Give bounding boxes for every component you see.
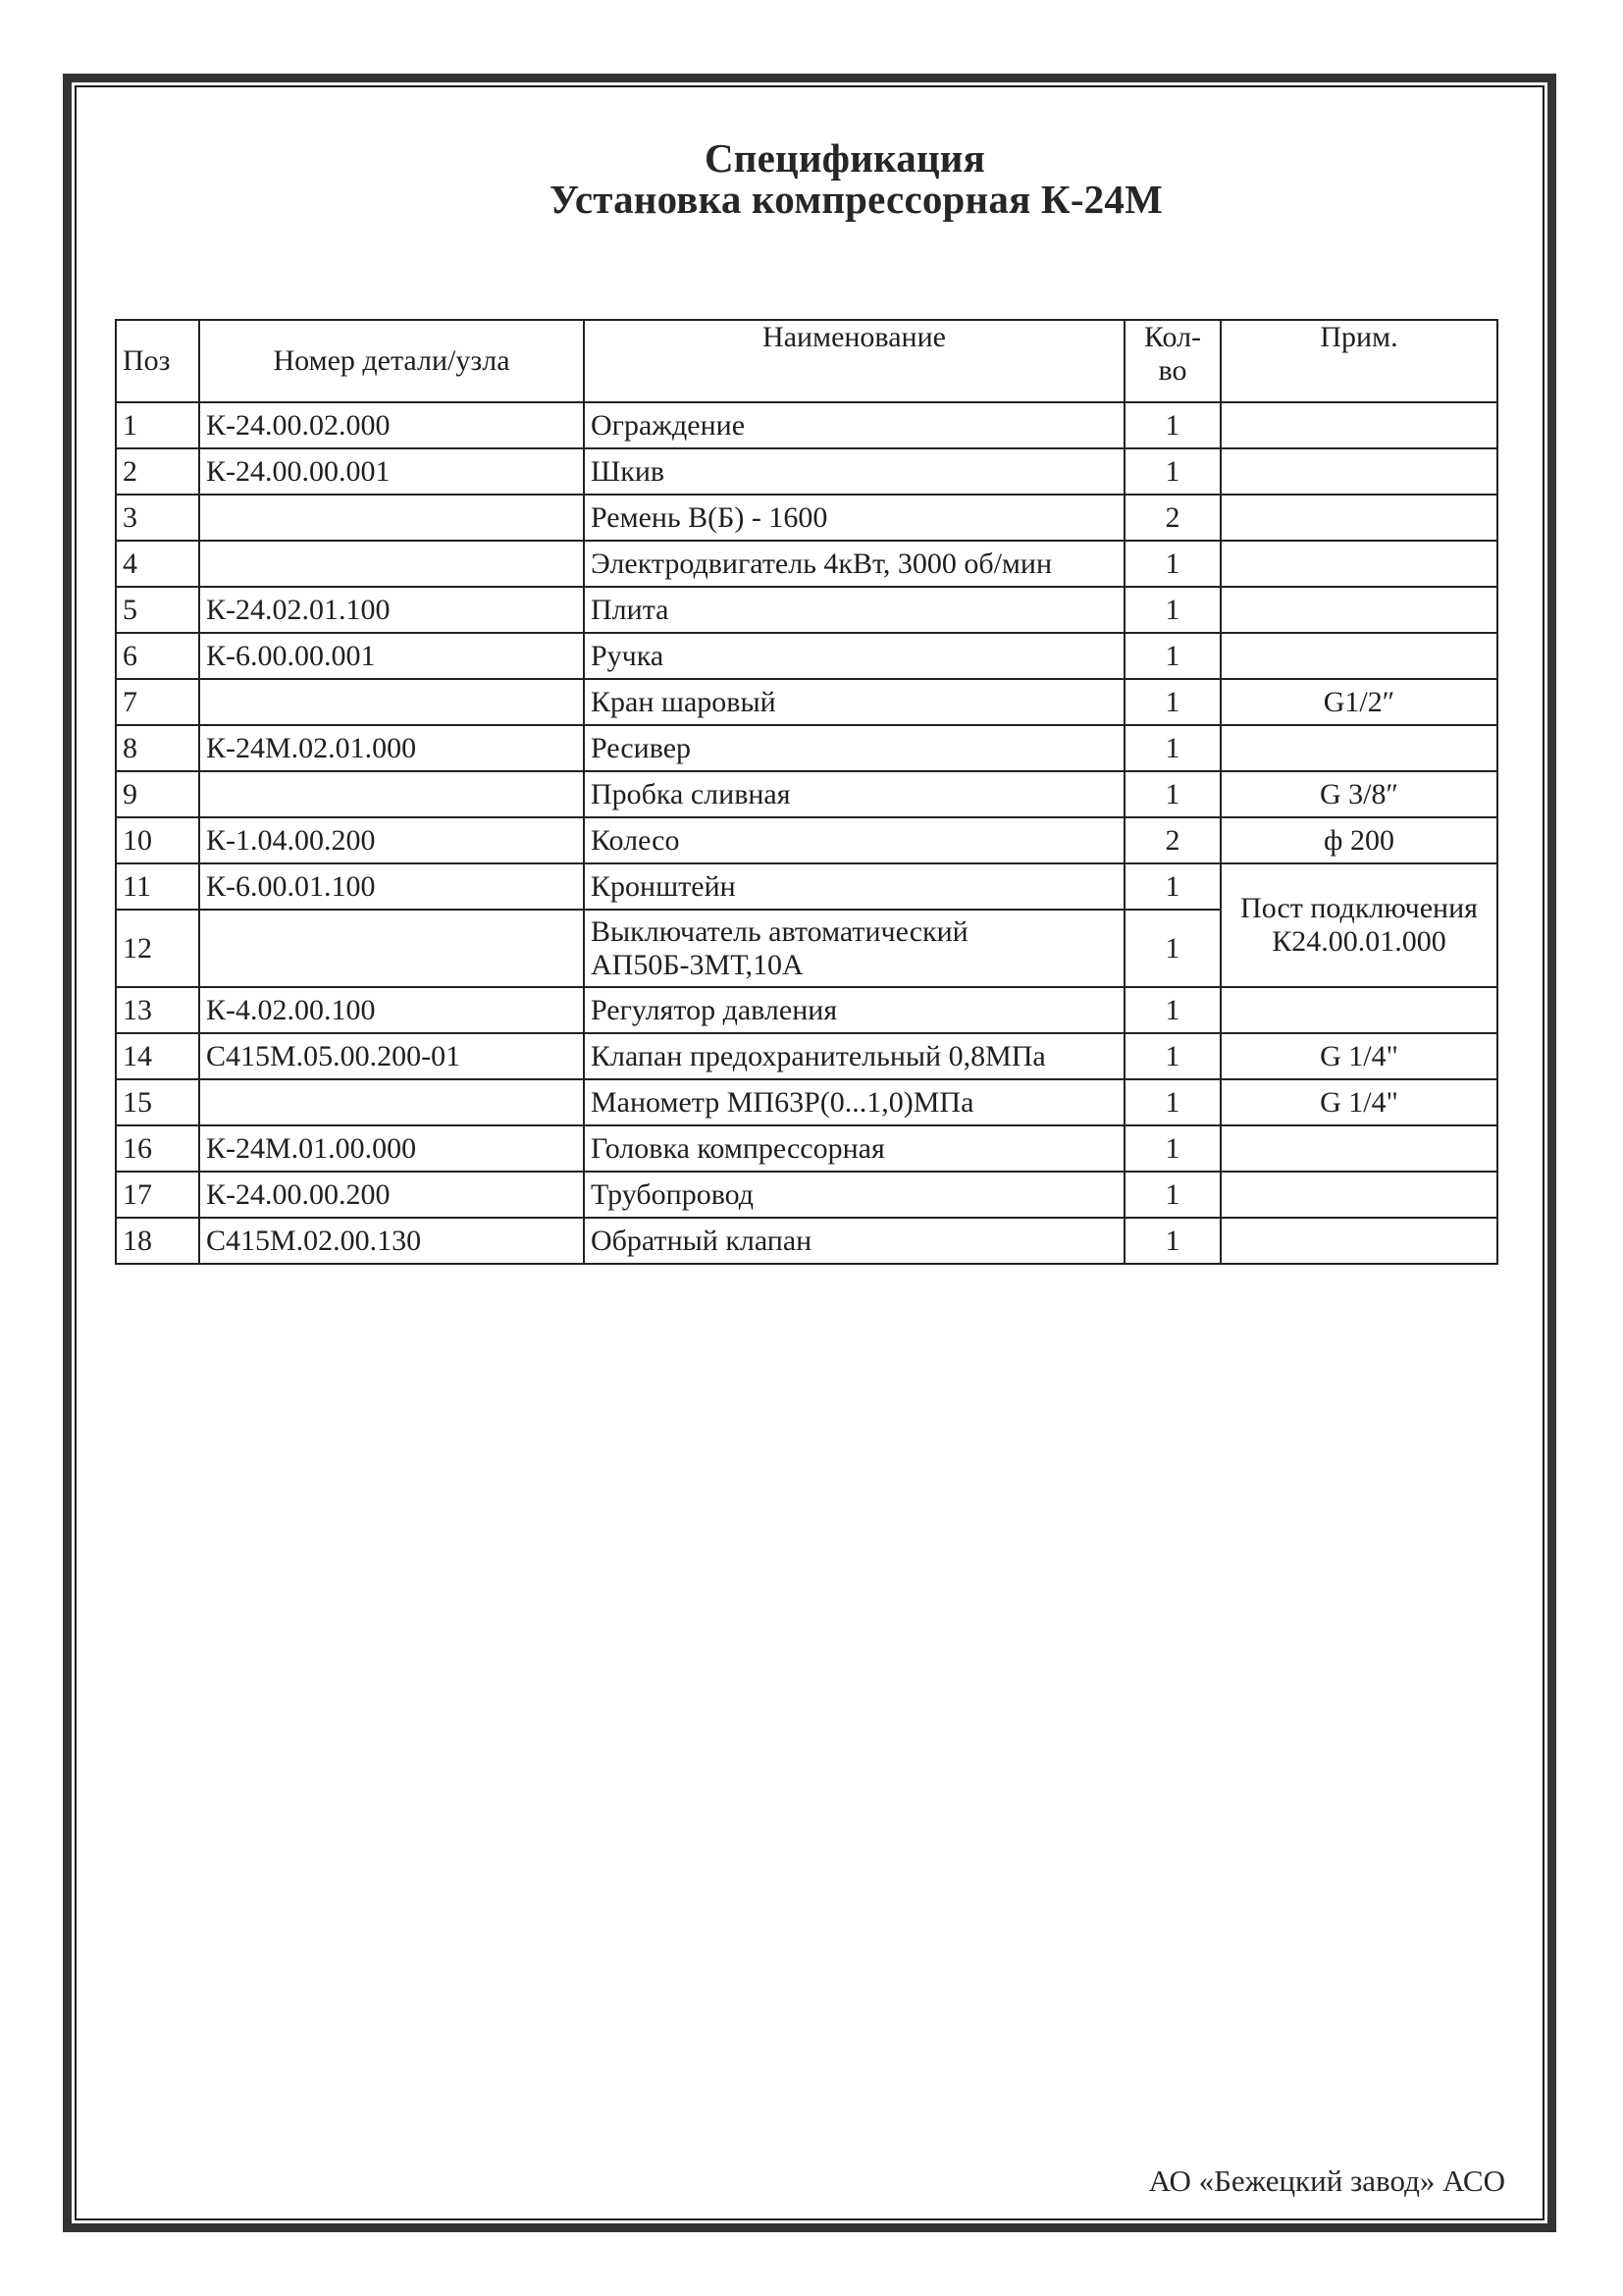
table-row: 3Ремень В(Б) - 16002 bbox=[116, 495, 1497, 541]
cell-note bbox=[1221, 633, 1497, 679]
cell-name: Обратный клапан bbox=[584, 1218, 1125, 1264]
cell-note-merged: Пост подключенияК24.00.01.000 bbox=[1221, 863, 1497, 987]
header-qty-line2: во bbox=[1159, 354, 1187, 387]
cell-name: Ресивер bbox=[584, 725, 1125, 771]
table-row: 16К-24М.01.00.000Головка компрессорная1 bbox=[116, 1125, 1497, 1172]
cell-name: Плита bbox=[584, 587, 1125, 633]
cell-part-number: К-24М.01.00.000 bbox=[199, 1125, 584, 1172]
cell-pos: 16 bbox=[116, 1125, 199, 1172]
cell-qty: 1 bbox=[1125, 1172, 1221, 1218]
cell-pos: 3 bbox=[116, 495, 199, 541]
cell-qty: 1 bbox=[1125, 541, 1221, 587]
cell-qty: 1 bbox=[1125, 863, 1221, 910]
table-row: 5К-24.02.01.100Плита1 bbox=[116, 587, 1497, 633]
table-row: 6К-6.00.00.001Ручка1 bbox=[116, 633, 1497, 679]
cell-note: G 1/4" bbox=[1221, 1033, 1497, 1079]
cell-name: Ограждение bbox=[584, 402, 1125, 448]
cell-note bbox=[1221, 495, 1497, 541]
cell-note: G 3/8″ bbox=[1221, 771, 1497, 817]
table-row: 8К-24М.02.01.000Ресивер1 bbox=[116, 725, 1497, 771]
company-footer: АО «Бежецкий завод» АСО bbox=[1109, 2162, 1505, 2201]
cell-part-number bbox=[199, 679, 584, 725]
table-row: 7Кран шаровый1G1/2″ bbox=[116, 679, 1497, 725]
cell-pos: 5 bbox=[116, 587, 199, 633]
cell-qty: 1 bbox=[1125, 771, 1221, 817]
cell-pos: 15 bbox=[116, 1079, 199, 1125]
cell-name: Манометр МП63Р(0...1,0)МПа bbox=[584, 1079, 1125, 1125]
cell-name: Ремень В(Б) - 1600 bbox=[584, 495, 1125, 541]
cell-name: Кронштейн bbox=[584, 863, 1125, 910]
cell-note bbox=[1221, 448, 1497, 495]
table-row: 11К-6.00.01.100Кронштейн1Пост подключени… bbox=[116, 863, 1497, 910]
cell-part-number bbox=[199, 910, 584, 987]
header-qty: Кол-во bbox=[1125, 320, 1221, 402]
cell-pos: 10 bbox=[116, 817, 199, 863]
cell-note bbox=[1221, 1218, 1497, 1264]
cell-name: Клапан предохранительный 0,8МПа bbox=[584, 1033, 1125, 1079]
cell-qty: 1 bbox=[1125, 679, 1221, 725]
cell-pos: 2 bbox=[116, 448, 199, 495]
header-note: Прим. bbox=[1221, 320, 1497, 402]
cell-pos: 13 bbox=[116, 987, 199, 1033]
cell-note bbox=[1221, 587, 1497, 633]
cell-part-number: К-24.00.00.200 bbox=[199, 1172, 584, 1218]
cell-pos: 1 bbox=[116, 402, 199, 448]
cell-qty: 1 bbox=[1125, 448, 1221, 495]
cell-name: Выключатель автоматический АП50Б-3МТ,10А bbox=[584, 910, 1125, 987]
cell-name: Трубопровод bbox=[584, 1172, 1125, 1218]
cell-note bbox=[1221, 541, 1497, 587]
cell-note: G 1/4" bbox=[1221, 1079, 1497, 1125]
cell-qty: 2 bbox=[1125, 817, 1221, 863]
cell-note bbox=[1221, 402, 1497, 448]
document-title: Спецификация Установка компрессорная К-2… bbox=[550, 137, 1140, 220]
cell-name: Колесо bbox=[584, 817, 1125, 863]
cell-qty: 1 bbox=[1125, 633, 1221, 679]
table-row: 2К-24.00.00.001Шкив1 bbox=[116, 448, 1497, 495]
cell-note bbox=[1221, 725, 1497, 771]
cell-pos: 7 bbox=[116, 679, 199, 725]
cell-pos: 12 bbox=[116, 910, 199, 987]
cell-name: Головка компрессорная bbox=[584, 1125, 1125, 1172]
title-line-spec: Спецификация bbox=[550, 137, 1140, 179]
cell-name: Пробка сливная bbox=[584, 771, 1125, 817]
header-pos: Поз bbox=[116, 320, 199, 402]
cell-pos: 14 bbox=[116, 1033, 199, 1079]
cell-name: Ручка bbox=[584, 633, 1125, 679]
cell-part-number: К-24.02.01.100 bbox=[199, 587, 584, 633]
cell-pos: 8 bbox=[116, 725, 199, 771]
merged-note-line1: Пост подключения bbox=[1240, 892, 1478, 924]
cell-part-number: К-24.00.00.001 bbox=[199, 448, 584, 495]
cell-name: Кран шаровый bbox=[584, 679, 1125, 725]
cell-qty: 1 bbox=[1125, 1033, 1221, 1079]
table-row: 14С415М.05.00.200-01Клапан предохранител… bbox=[116, 1033, 1497, 1079]
cell-pos: 9 bbox=[116, 771, 199, 817]
table-body: 1К-24.00.02.000Ограждение12К-24.00.00.00… bbox=[116, 402, 1497, 1264]
cell-qty: 1 bbox=[1125, 1079, 1221, 1125]
cell-note bbox=[1221, 987, 1497, 1033]
cell-note: G1/2″ bbox=[1221, 679, 1497, 725]
table-row: 17К-24.00.00.200Трубопровод1 bbox=[116, 1172, 1497, 1218]
table-header-row: Поз Номер детали/узла Наименование Кол-в… bbox=[116, 320, 1497, 402]
cell-qty: 1 bbox=[1125, 1218, 1221, 1264]
cell-pos: 4 bbox=[116, 541, 199, 587]
cell-note: ф 200 bbox=[1221, 817, 1497, 863]
cell-pos: 18 bbox=[116, 1218, 199, 1264]
cell-pos: 11 bbox=[116, 863, 199, 910]
cell-part-number: К-6.00.00.001 bbox=[199, 633, 584, 679]
table-row: 13К-4.02.00.100Регулятор давления1 bbox=[116, 987, 1497, 1033]
cell-part-number: К-24.00.02.000 bbox=[199, 402, 584, 448]
header-part-number: Номер детали/узла bbox=[199, 320, 584, 402]
cell-part-number: С415М.02.00.130 bbox=[199, 1218, 584, 1264]
cell-name: Регулятор давления bbox=[584, 987, 1125, 1033]
cell-part-number bbox=[199, 495, 584, 541]
cell-qty: 1 bbox=[1125, 402, 1221, 448]
table-row: 18С415М.02.00.130Обратный клапан1 bbox=[116, 1218, 1497, 1264]
cell-part-number bbox=[199, 541, 584, 587]
header-name: Наименование bbox=[584, 320, 1125, 402]
cell-part-number: К-1.04.00.200 bbox=[199, 817, 584, 863]
cell-name: Электродвигатель 4кВт, 3000 об/мин bbox=[584, 541, 1125, 587]
specification-table: Поз Номер детали/узла Наименование Кол-в… bbox=[115, 319, 1498, 1265]
table-row: 9Пробка сливная1G 3/8″ bbox=[116, 771, 1497, 817]
title-line-product: Установка компрессорная К-24М bbox=[550, 179, 1140, 220]
cell-part-number: С415М.05.00.200-01 bbox=[199, 1033, 584, 1079]
cell-name: Шкив bbox=[584, 448, 1125, 495]
cell-qty: 1 bbox=[1125, 910, 1221, 987]
cell-qty: 1 bbox=[1125, 987, 1221, 1033]
table-row: 4Электродвигатель 4кВт, 3000 об/мин1 bbox=[116, 541, 1497, 587]
cell-note bbox=[1221, 1125, 1497, 1172]
cell-qty: 1 bbox=[1125, 587, 1221, 633]
merged-note-line2: К24.00.01.000 bbox=[1272, 925, 1446, 958]
header-qty-line1: Кол- bbox=[1144, 321, 1201, 353]
table-row: 10К-1.04.00.200Колесо2ф 200 bbox=[116, 817, 1497, 863]
cell-qty: 2 bbox=[1125, 495, 1221, 541]
cell-qty: 1 bbox=[1125, 1125, 1221, 1172]
table-row: 15Манометр МП63Р(0...1,0)МПа1G 1/4" bbox=[116, 1079, 1497, 1125]
cell-part-number bbox=[199, 771, 584, 817]
cell-qty: 1 bbox=[1125, 725, 1221, 771]
cell-part-number: К-24М.02.01.000 bbox=[199, 725, 584, 771]
table-row: 1К-24.00.02.000Ограждение1 bbox=[116, 402, 1497, 448]
cell-pos: 6 bbox=[116, 633, 199, 679]
cell-part-number bbox=[199, 1079, 584, 1125]
cell-part-number: К-6.00.01.100 bbox=[199, 863, 584, 910]
cell-pos: 17 bbox=[116, 1172, 199, 1218]
cell-note bbox=[1221, 1172, 1497, 1218]
cell-part-number: К-4.02.00.100 bbox=[199, 987, 584, 1033]
